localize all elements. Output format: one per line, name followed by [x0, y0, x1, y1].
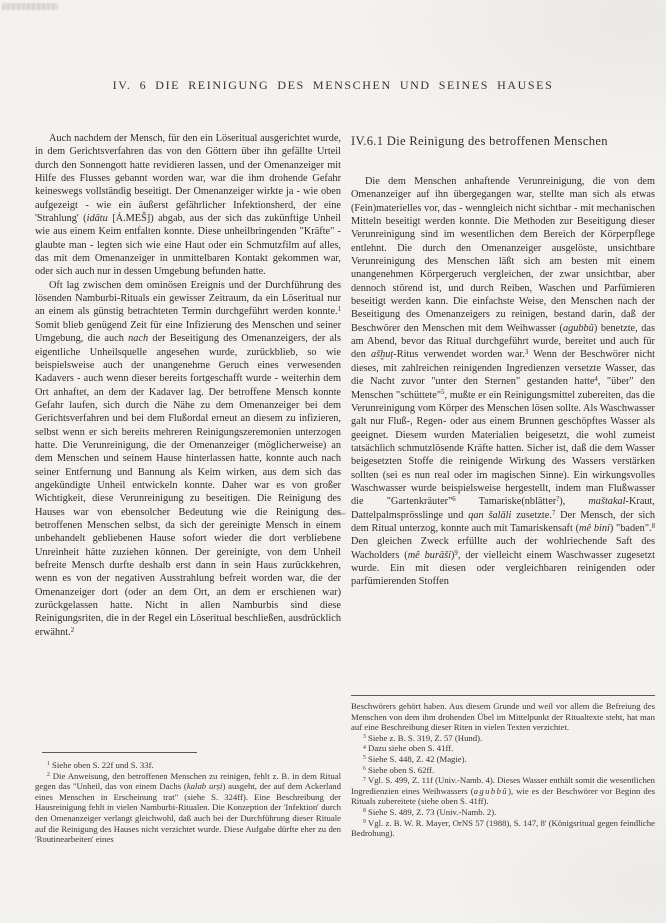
paragraph: Auch nachdem der Mensch, für den ein Lös… — [35, 132, 341, 279]
scanned-book-page: IV. 6 DIE REINIGUNG DES MENSCHEN UND SEI… — [0, 0, 666, 923]
footnote-number: 7 — [363, 777, 366, 783]
footnote: 8 Siehe S. 489, Z. 73 (Univ.-Namb. 2). — [351, 807, 655, 818]
footnote: 7 Vgl. S. 499, Z. 11f (Univ.-Namb. 4). D… — [351, 775, 655, 807]
footnote: 3 Siehe z. B. S. 319, Z. 57 (Hund). — [351, 733, 655, 744]
footnote-number: 4 — [363, 745, 366, 751]
footnote-number: 9 — [363, 819, 366, 825]
left-footnotes: 1 Siehe oben S. 22f und S. 33f.2 Die Anw… — [35, 760, 341, 845]
paragraph: Die dem Menschen anhaftende Verunreinigu… — [351, 175, 655, 589]
scan-artifact-dash — [332, 513, 346, 516]
footnote-separator-right — [351, 695, 655, 696]
footnote: 2 Die Anweisung, den betroffenen Mensche… — [35, 771, 341, 845]
footnote-separator-left — [42, 752, 197, 753]
right-column: IV.6.1 Die Reinigung des betroffenen Men… — [351, 134, 655, 589]
scan-artifact-corner — [2, 3, 58, 10]
footnote-number: 6 — [363, 766, 366, 772]
footnote-number: 1 — [47, 761, 50, 767]
right-footnotes: 3 Siehe z. B. S. 319, Z. 57 (Hund).4 Daz… — [351, 733, 655, 839]
right-column-body: Die dem Menschen anhaftende Verunreinigu… — [351, 175, 655, 589]
footnote: 9 Vgl. z. B. W. R. Mayer, OrNS 57 (1988)… — [351, 818, 655, 839]
footnote: 4 Dazu siehe oben S. 41ff. — [351, 743, 655, 754]
left-column-body: Auch nachdem der Mensch, für den ein Lös… — [35, 132, 341, 639]
footnote-number: 3 — [363, 734, 366, 740]
paragraph: Oft lag zwischen dem ominösen Ereignis u… — [35, 279, 341, 639]
footnote: 1 Siehe oben S. 22f und S. 33f. — [35, 760, 341, 771]
footnote-continuation: Beschwörers gehört haben. Aus diesem Gru… — [351, 701, 655, 733]
right-footnote-block: Beschwörers gehört haben. Aus diesem Gru… — [351, 695, 655, 839]
left-footnote-block: 1 Siehe oben S. 22f und S. 33f.2 Die Anw… — [35, 752, 341, 845]
footnote: 6 Siehe oben S. 62ff. — [351, 765, 655, 776]
section-heading: IV.6.1 Die Reinigung des betroffenen Men… — [351, 134, 655, 149]
chapter-heading: IV. 6 DIE REINIGUNG DES MENSCHEN UND SEI… — [0, 78, 666, 93]
footnote: 5 Siehe S. 448, Z. 42 (Magie). — [351, 754, 655, 765]
footnote-number: 2 — [47, 772, 50, 778]
footnote-number: 8 — [363, 808, 366, 814]
left-column: Auch nachdem der Mensch, für den ein Lös… — [35, 132, 341, 639]
footnote-number: 5 — [363, 755, 366, 761]
